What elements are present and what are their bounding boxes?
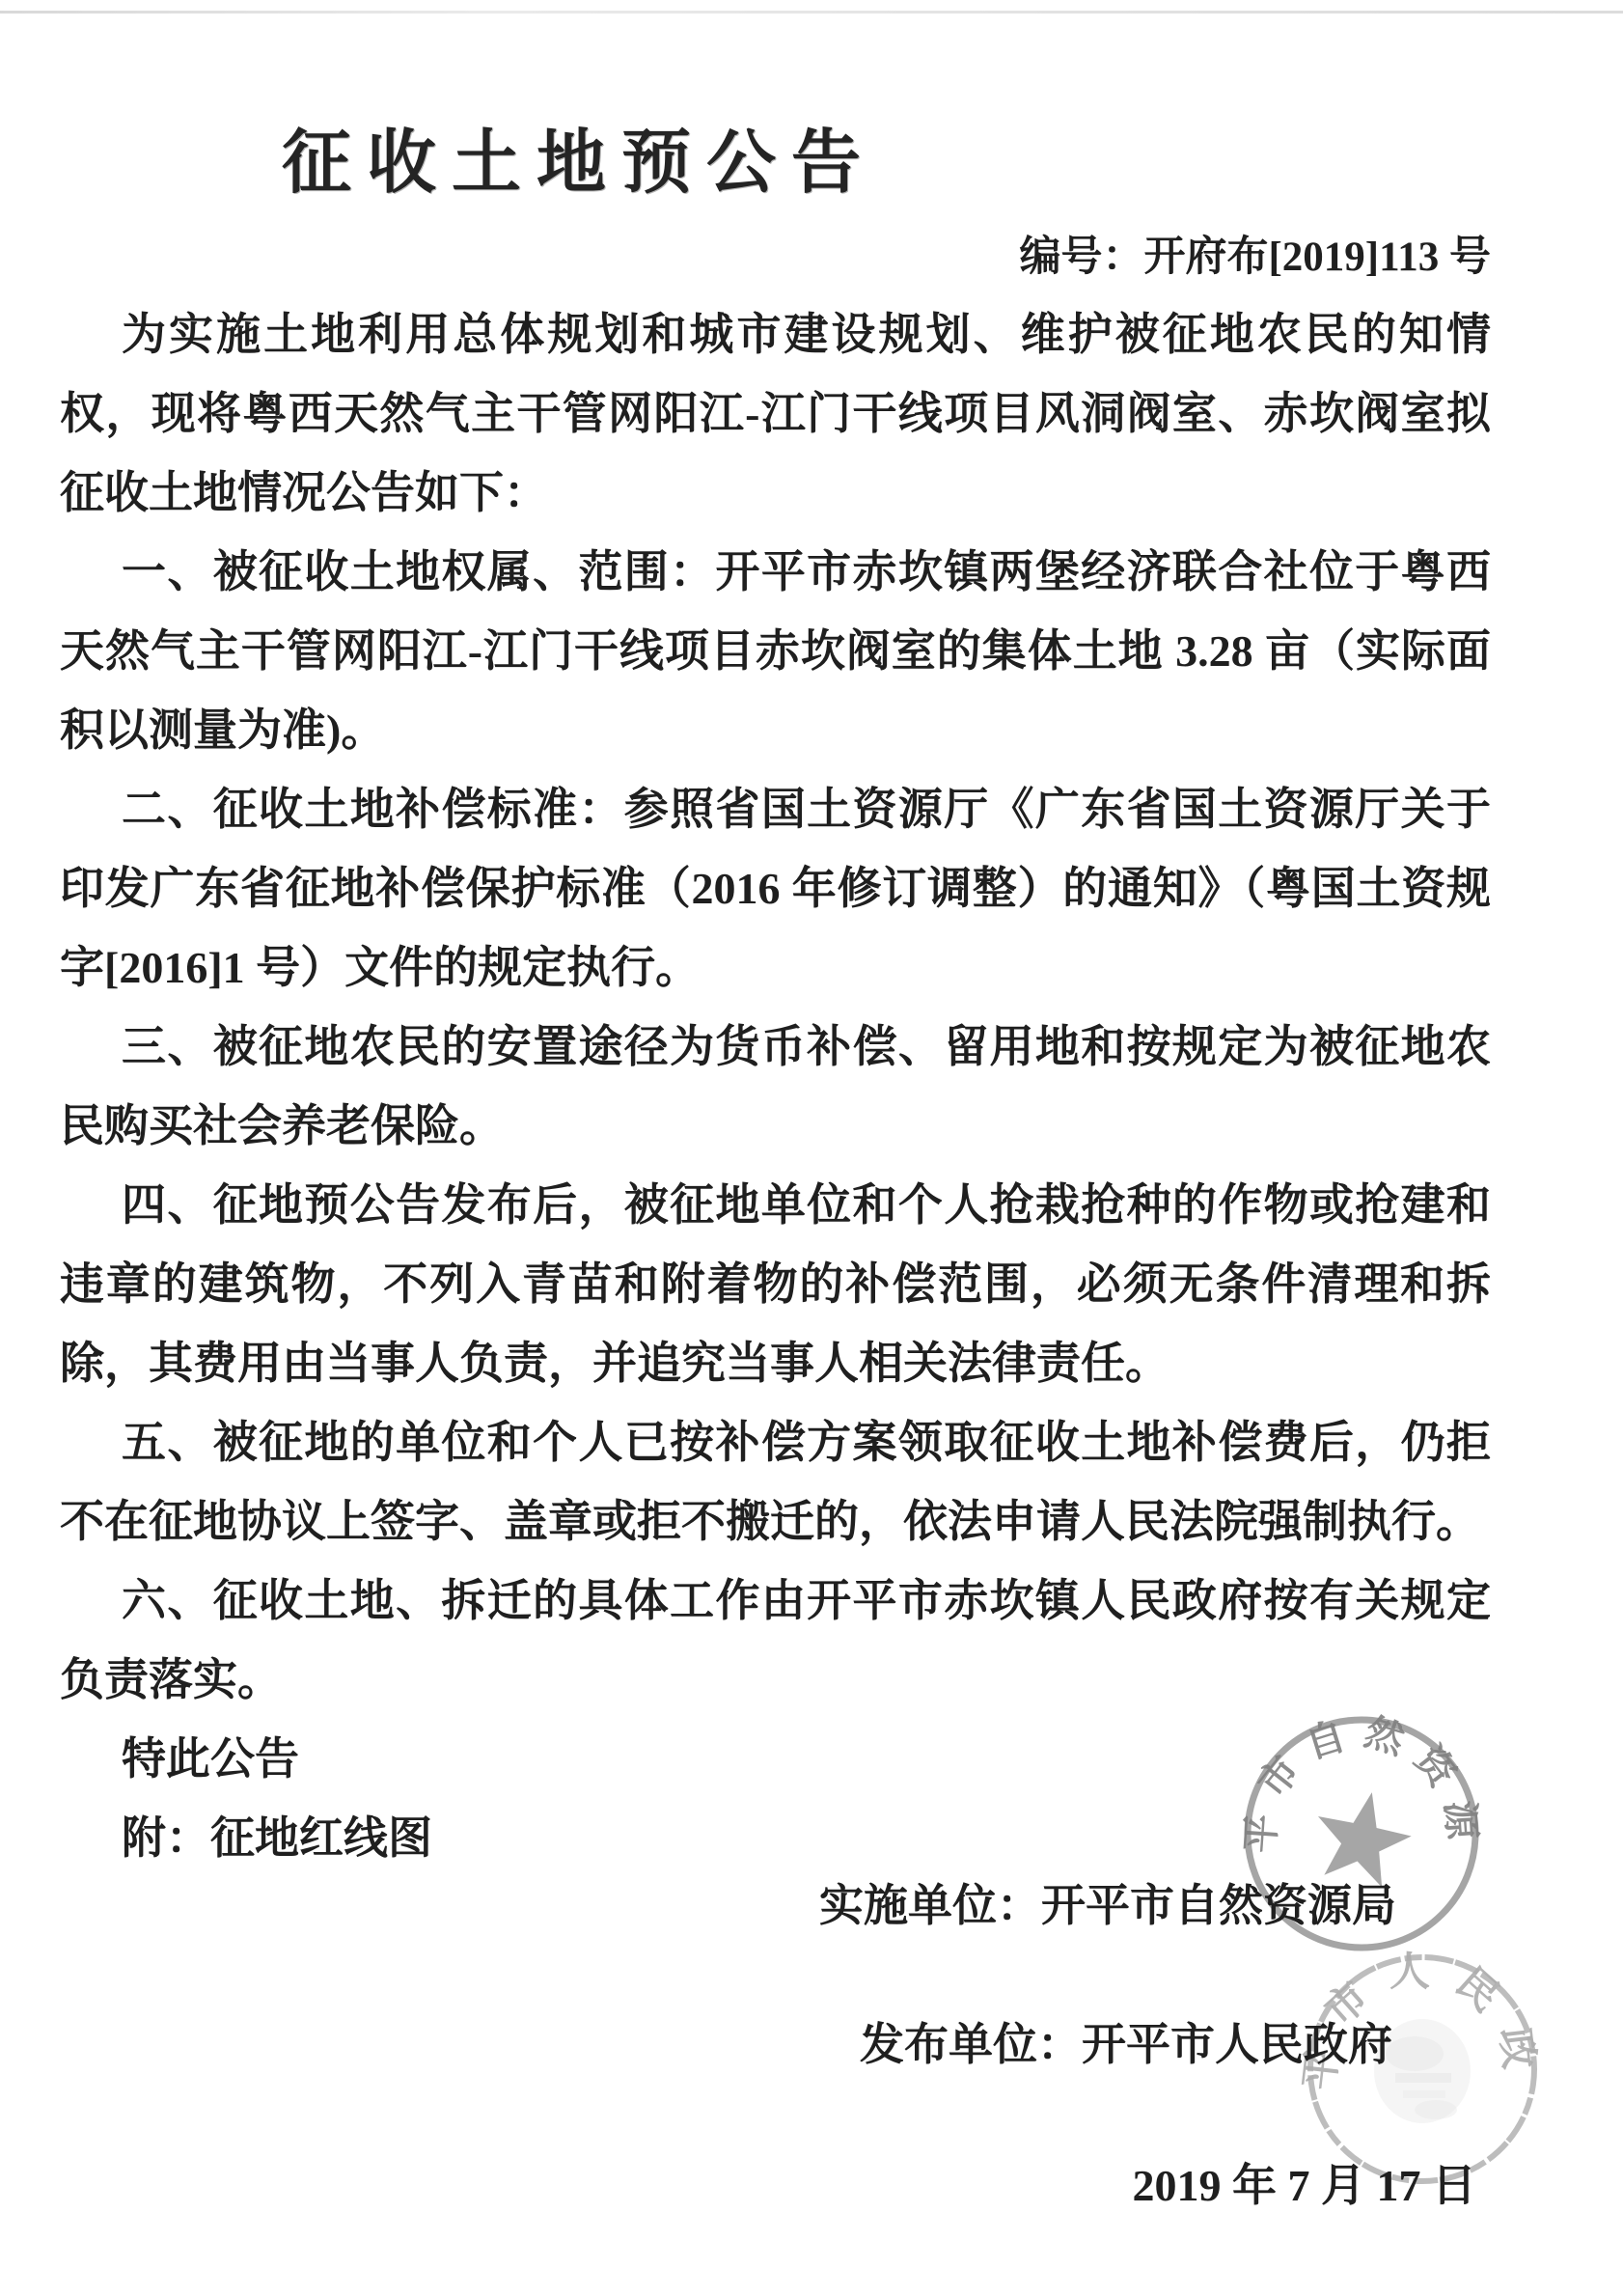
implement-unit-line: 实施单位：开平市自然资源局 (60, 1870, 1396, 1934)
scan-edge-artifact (0, 11, 1623, 14)
paragraph-5: 五、被征地的单位和个人已按补偿方案领取征收土地补偿费后，仍拒不在征地协议上签字、… (60, 1403, 1491, 1562)
scanned-notice-page: 征收土地预公告 编号：开府布[2019]113 号 为实施土地利用总体规划和城市… (0, 0, 1623, 2296)
paragraph-intro: 为实施土地利用总体规划和城市建设规划、维护被征地农民的知情权，现将粤西天然气主干… (60, 295, 1491, 533)
paragraph-6: 六、征收土地、拆迁的具体工作由开平市赤坎镇人民政府按有关规定负责落实。 (60, 1562, 1491, 1720)
page-title: 征收土地预公告 (282, 106, 876, 207)
paragraph-3: 三、被征地农民的安置途径为货币补偿、留用地和按规定为被征地农民购买社会养老保险。 (60, 1008, 1491, 1166)
paragraph-2: 二、征收土地补偿标准：参照省国土资源厅《广东省国土资源厅关于印发广东省征地补偿保… (60, 770, 1491, 1008)
doc-number: 编号：开府布[2019]113 号 (60, 224, 1491, 283)
issue-unit-line: 发布单位：开平市人民政府 (60, 2009, 1392, 2073)
paragraph-1: 一、被征收土地权属、范围：开平市赤坎镇两堡经济联合社位于粤西天然气主干管网阳江-… (60, 533, 1491, 770)
paragraph-4: 四、征地预公告发布后，被征地单位和个人抢栽抢种的作物或抢建和违章的建筑物，不列入… (60, 1166, 1491, 1403)
date-line: 2019 年 7 月 17 日 (60, 2150, 1476, 2214)
